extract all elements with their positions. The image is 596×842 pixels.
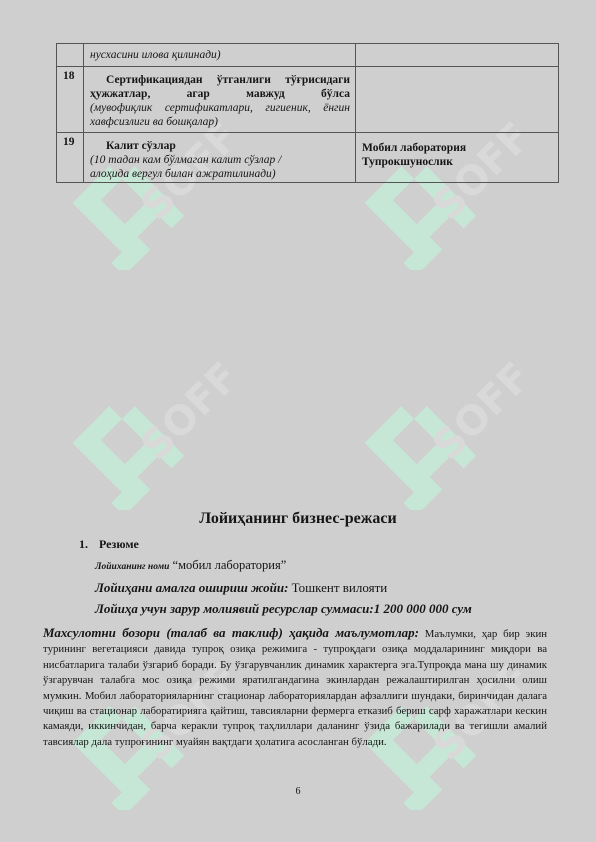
project-name-line: Лойиханинг номи “мобил лаборатория” [95, 558, 286, 573]
funding-line: Лойиҳа учун зарур молиявий ресурслар сум… [95, 601, 472, 617]
row-italic-text: нусхасини илова қилинади) [90, 49, 221, 61]
project-name-value: “мобил лаборатория” [169, 558, 286, 572]
row-bold-text: Калит сўзлар [90, 139, 350, 153]
row-bold-text: Сертификациядан ўтганлиги тўғрисидаги ҳу… [90, 73, 350, 101]
row-number [57, 44, 84, 67]
keyword-2: Тупрокшунослик [362, 155, 553, 169]
row-value [356, 44, 559, 67]
location-label: Лойиҳани амалга ошириш жойи: [95, 580, 288, 595]
table-row: 18 Сертификациядан ўтганлиги тўғрисидаги… [57, 67, 559, 133]
requirements-table: нусхасини илова қилинади) 18 Сертификаци… [56, 43, 559, 183]
keyword-1: Мобил лаборатория [362, 141, 553, 155]
resume-label: Резюме [99, 537, 139, 551]
location-line: Лойиҳани амалга ошириш жойи: Тошкент вил… [95, 580, 387, 596]
market-paragraph: Махсулотни бозори (талаб ва таклиф) ҳақи… [43, 625, 547, 750]
page-number: 6 [0, 786, 596, 797]
row-italic-text: (мувофиқлик сертификатлари, гигиеник, ён… [90, 101, 350, 129]
row-number: 18 [57, 67, 84, 133]
table-row: нусхасини илова қилинади) [57, 44, 559, 67]
location-value: Тошкент вилояти [288, 580, 387, 595]
row-number: 19 [57, 133, 84, 183]
row-value: Мобил лаборатория Тупрокшунослик [356, 133, 559, 183]
market-body: Маълумки, ҳар бир экин турининг вегетаци… [43, 628, 547, 748]
resume-heading: 1. Резюме [79, 537, 139, 552]
row-description: Сертификациядан ўтганлиги тўғрисидаги ҳу… [84, 67, 356, 133]
project-name-label: Лойиханинг номи [95, 562, 169, 572]
row-description: Калит сўзлар (10 тадан кам бўлмаган кали… [84, 133, 356, 183]
row-description: нусхасини илова қилинади) [84, 44, 356, 67]
resume-number: 1. [79, 537, 96, 552]
section-title: Лойиҳанинг бизнес-режаси [0, 510, 596, 528]
market-lead: Махсулотни бозори (талаб ва таклиф) ҳақи… [43, 625, 419, 640]
row-value [356, 67, 559, 133]
row-italic-text: (10 тадан кам бўлмаган калит сўзлар / ал… [90, 153, 350, 181]
document-page: нусхасини илова қилинади) 18 Сертификаци… [0, 0, 596, 842]
table-row: 19 Калит сўзлар (10 тадан кам бўлмаган к… [57, 133, 559, 183]
